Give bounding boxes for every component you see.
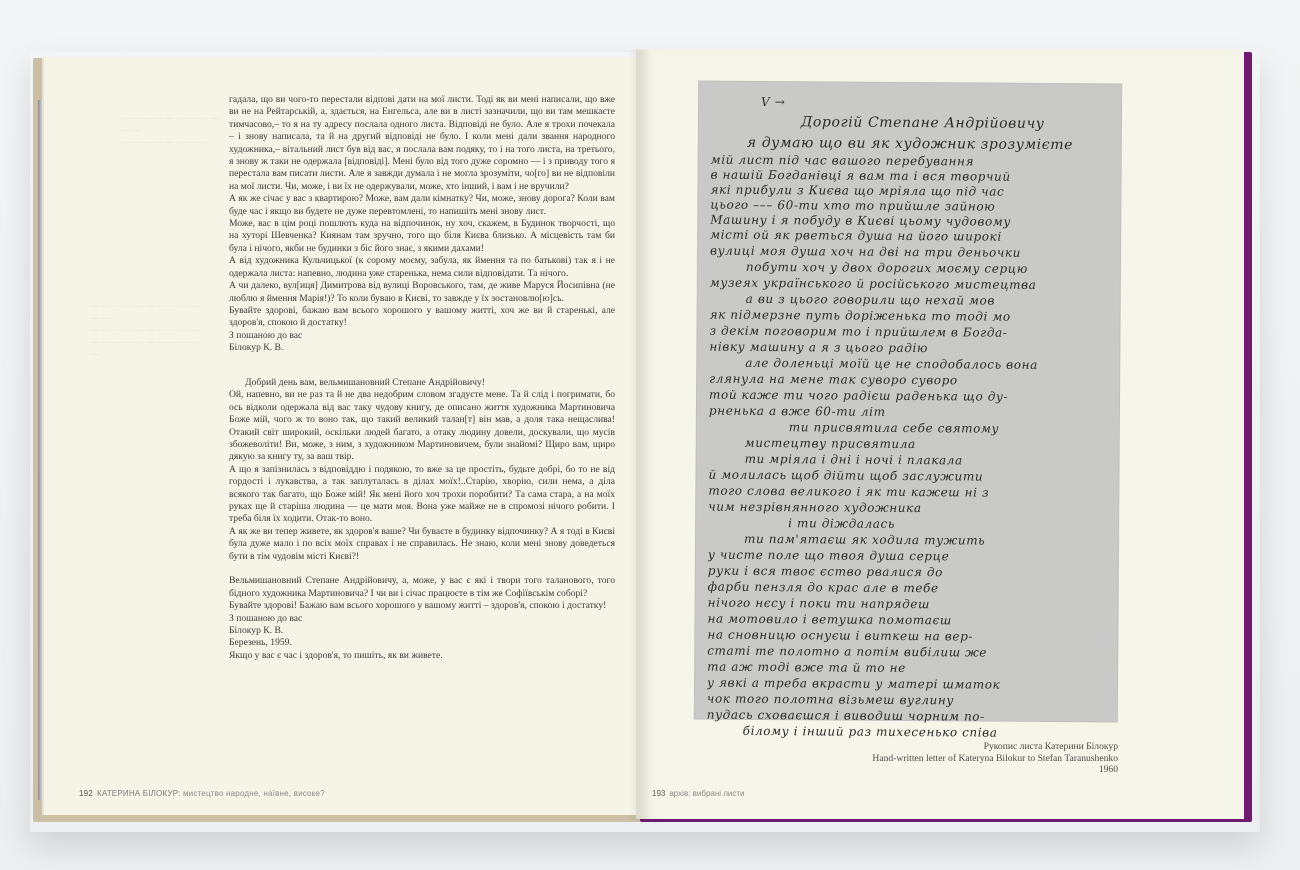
paragraph: А від художника Кульчицької (к сорому мо…	[229, 255, 615, 280]
paragraph: гадала, що ви чого-то перестали відпові …	[229, 94, 615, 193]
handwritten-line: я думаю що ви як художник зрозумієте	[711, 132, 1113, 155]
left-running-footer: 192КАТЕРИНА БІЛОКУР: мистецтво народне, …	[79, 789, 325, 798]
letter-salutation: Добрий день вам, вельмишановний Степане …	[229, 377, 615, 389]
book-title: КАТЕРИНА БІЛОКУР	[97, 789, 178, 798]
paragraph: Ой, напевно, ви не раз та й не два недоб…	[229, 389, 615, 463]
sign-off: З пошаною до вас	[229, 613, 615, 625]
handwritten-line: білому і інший раз тихесенько співа	[707, 723, 1109, 742]
signature: Білокур К. В.	[229, 625, 615, 637]
caption-year: 1960	[818, 764, 1118, 776]
paragraph: Може, вас в цім році пошлють куда на від…	[229, 218, 615, 255]
date: Березень, 1959.	[229, 637, 615, 649]
page-number: 192	[79, 789, 93, 798]
caption-english: Hand-written letter of Kateryna Bilokur …	[818, 753, 1118, 765]
checkmark-arrow: V →	[711, 92, 1113, 115]
figure-caption: Рукопис листа Катерини Білокур Hand-writ…	[818, 741, 1118, 776]
paragraph: Бувайте здорові! Бажаю вам всього хорошо…	[229, 600, 615, 612]
postscript: Якщо у вас є час і здоров'я, то пишіть, …	[229, 650, 615, 662]
left-page-block-edge	[38, 100, 42, 800]
paragraph: Бувайте здорові, бажаю вам всього хорошо…	[229, 305, 615, 330]
signature: Білокур К. В.	[229, 342, 615, 354]
manuscript-image: V → Дорогій Степане Андрійовичу я думаю …	[695, 82, 1121, 722]
section-title: архів: вибрані листи	[669, 789, 744, 798]
handwritten-line: Дорогій Степане Андрійовичу	[711, 112, 1113, 135]
letter-body: гадала, що ви чого-то перестали відпові …	[229, 94, 615, 662]
handwritten-letter: V → Дорогій Степане Андрійовичу я думаю …	[707, 92, 1114, 742]
sign-off: З пошаною до вас	[229, 330, 615, 342]
paragraph: Вельмишановний Степане Андрійовичу, а, м…	[229, 575, 615, 600]
paragraph: А чи далеко, вул[иця] Димитрова від вули…	[229, 280, 615, 305]
paragraph: А як же січас у вас з квартирою? Може, в…	[229, 193, 615, 218]
book-subtitle: : мистецтво народне, наївне, високе?	[178, 789, 325, 798]
paragraph: А що я запізнилась з відповіддю і подяко…	[229, 464, 615, 526]
right-running-footer: 193архів: вибрані листи	[652, 789, 745, 798]
paragraph: А як же ви тепер живете, як здоров'я ваш…	[229, 526, 615, 563]
handwritten-line: чим незрівнянного художника	[708, 499, 1110, 518]
page-number: 193	[652, 789, 665, 798]
caption-ukrainian: Рукопис листа Катерини Білокур	[818, 741, 1118, 753]
handwritten-line: рненька а вже 60-ти літ	[709, 403, 1111, 422]
